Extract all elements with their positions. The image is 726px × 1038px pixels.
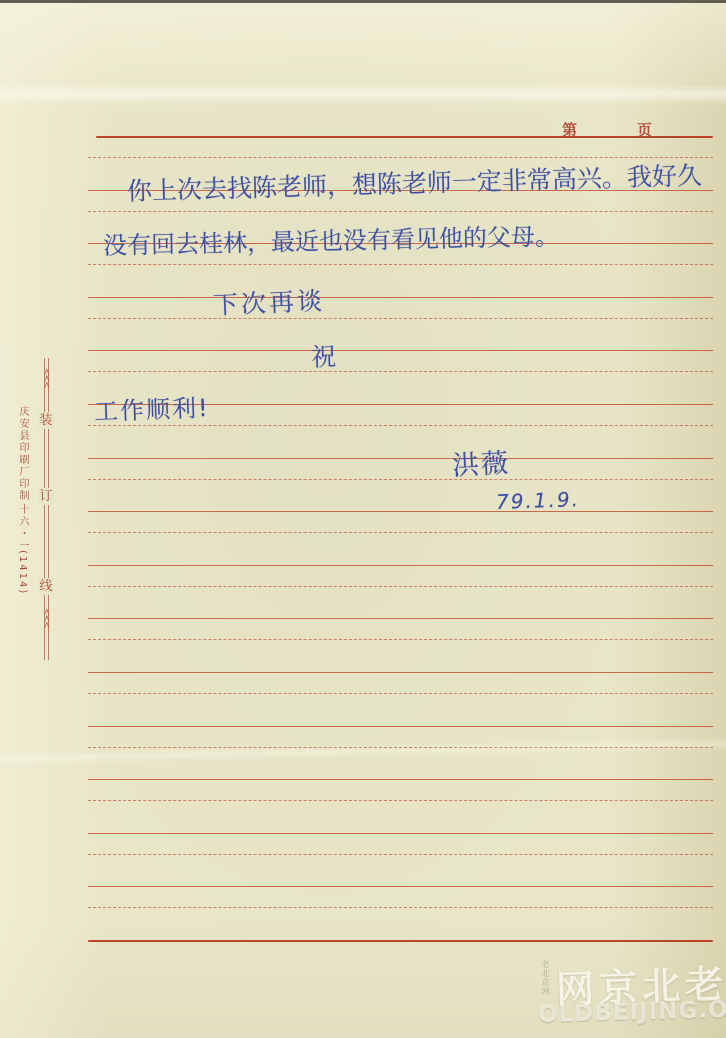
handwriting-date: 79.1.9. <box>496 487 581 514</box>
handwriting-line-3: 下次再谈 <box>212 281 325 322</box>
printer-spec: 十六・一 <box>17 504 27 552</box>
ruled-line-solid <box>88 779 713 780</box>
ruled-line-solid <box>88 833 713 834</box>
handwriting-wish: 祝 <box>310 337 336 374</box>
ruled-line-solid <box>88 940 713 942</box>
printer-code: (1414) <box>17 550 27 595</box>
page-number-label-right: 页 <box>637 119 652 140</box>
ruled-line-solid <box>88 618 713 619</box>
binding-char-ding: 订 <box>38 488 54 505</box>
page-number-label-left: 第 <box>562 119 577 140</box>
letter-paper <box>0 0 726 1038</box>
ruled-line-dotted <box>88 747 713 748</box>
cut-mark-icon: <<< <box>41 368 51 386</box>
ruled-line-dotted <box>88 264 713 265</box>
ruled-line-solid <box>88 350 713 351</box>
printer-imprint: 庆安县印刷厂印制 <box>17 406 27 502</box>
scan-top-edge <box>0 0 726 3</box>
ruled-line-solid <box>88 511 713 512</box>
ruled-line-dotted <box>88 479 713 480</box>
ruled-line-dotted <box>88 693 713 694</box>
ruled-line-dotted <box>88 532 713 533</box>
ruled-line-solid <box>88 458 713 459</box>
ruled-line-solid <box>88 297 713 298</box>
ruled-line-dotted <box>88 586 713 587</box>
handwriting-signature: 洪薇 <box>451 441 511 483</box>
handwriting-wish-body: 工作顺利! <box>93 388 210 427</box>
ruled-line-dotted <box>88 211 713 212</box>
ruled-line-dotted <box>88 425 713 426</box>
ruled-line-dotted <box>88 854 713 855</box>
ruled-line-dotted <box>88 318 713 319</box>
ruled-line-dotted <box>88 639 713 640</box>
cut-mark-icon: <<< <box>41 608 51 626</box>
ruled-line-solid <box>88 886 713 887</box>
ruled-line-dotted <box>88 371 713 372</box>
ruled-line-solid <box>88 726 713 727</box>
ruled-line-dotted <box>88 907 713 908</box>
binding-char-xian: 线 <box>38 578 54 595</box>
ruled-line-dotted <box>88 800 713 801</box>
ruled-line-solid <box>88 672 713 673</box>
watermark-seal: 老北京网 <box>540 960 551 996</box>
watermark-url: OLDBEIJING.ORG <box>538 996 726 1028</box>
paper-crease <box>0 84 726 104</box>
ruled-line-solid <box>88 565 713 566</box>
ruled-line-solid <box>96 136 713 138</box>
binding-char-zhuang: 装 <box>38 412 54 429</box>
